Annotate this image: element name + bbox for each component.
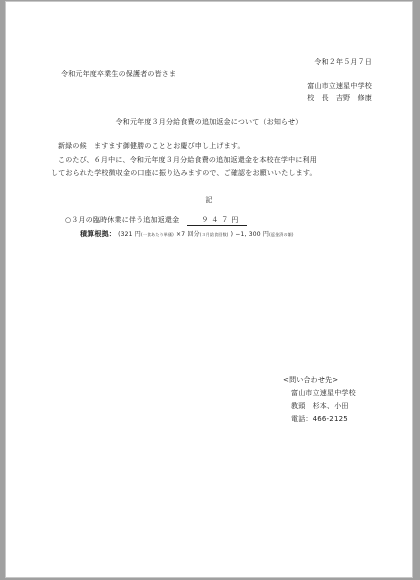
calculation-times: ×7 回分 (176, 231, 200, 238)
document-page: 令和２年５月７日 令和元年度卒業生の保護者の皆さま 富山市立速星中学校 校 長 … (5, 1, 413, 578)
contact-phone: 電話：466-2125 (291, 415, 348, 424)
body-paragraph-1: 新緑の候 ますます御健勝のこととお慶び申し上げます。 (58, 142, 245, 151)
refund-amount: ９４７円 (187, 216, 247, 226)
body-paragraph-2-line-1: このたび、６月中に、令和元年度３月分給食費の追加返還金を本校在学中に利用 (58, 156, 317, 165)
document-title: 令和元年度３月分給食費の追加返金について（お知らせ） (6, 118, 412, 127)
sender-school: 富山市立速星中学校 (307, 82, 372, 91)
document-date: 令和２年５月７日 (314, 58, 372, 67)
calculation-note-meal-count: (３月給食回数) (200, 232, 229, 237)
recipient-line: 令和元年度卒業生の保護者の皆さま (61, 70, 176, 79)
ki-heading: 記 (6, 196, 412, 205)
calculation-basis: 積算根拠： (321 円(一食あたり単価) ×7 回分(３月給食回数) ) −1… (80, 230, 294, 239)
refund-item-label: ○３月の臨時休業に伴う追加返還金 (65, 216, 179, 224)
calculation-unit-price: (321 円 (118, 231, 141, 238)
calculation-note-refunded: (返金済の額) (269, 232, 294, 237)
calculation-note-unit-price: (一食あたり単価) (141, 232, 174, 237)
contact-heading: <問い合わせ先> (283, 376, 338, 385)
refund-item: ○３月の臨時休業に伴う追加返還金９４７円 (65, 216, 247, 226)
calculation-label: 積算根拠： (80, 230, 116, 238)
sender-principal: 校 長 吉野 修康 (307, 94, 372, 103)
contact-staff: 教頭 杉本、小田 (291, 402, 349, 411)
calculation-subtract: ) −1, 300 円 (231, 231, 269, 238)
body-paragraph-2-line-2: しておられた学校徴収金の口座に振り込みますので、ご確認をお願いいたします。 (51, 169, 317, 178)
contact-school: 富山市立速星中学校 (291, 389, 356, 398)
